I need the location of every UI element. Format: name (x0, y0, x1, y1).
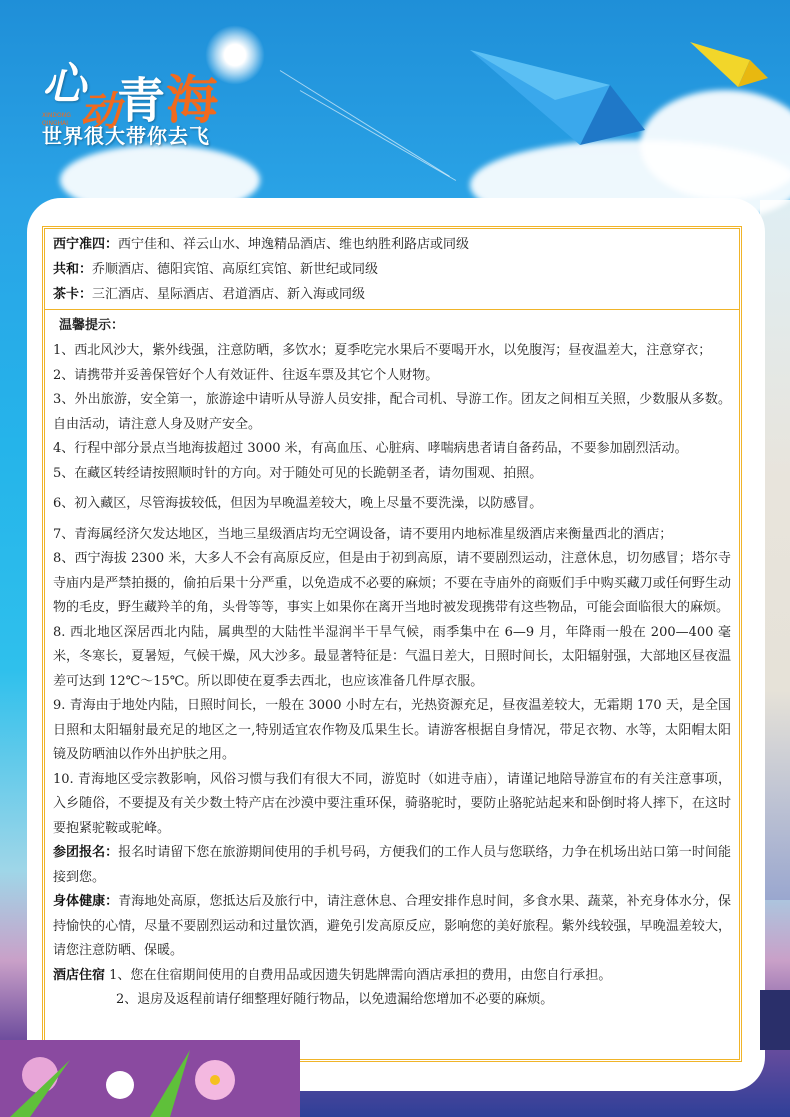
tip-item: 2、请携带并妥善保管好个人有效证件、往返车票及其它个人财物。 (53, 364, 731, 389)
content-card: 西宁准四：西宁佳和、祥云山水、坤逸精品酒店、维也纳胜利路店或同级 共和：乔顺酒店… (27, 198, 765, 1091)
paper-plane-icon (690, 42, 770, 92)
paper-plane-icon (470, 45, 650, 145)
tip-item: 3、外出旅游，安全第一，旅游途中请听从导游人员安排，配合司机、导游工作。团友之间… (53, 388, 731, 437)
tip-item: 5、在藏区转经请按照顺时针的方向。对于随处可见的长跪朝圣者，请勿围观、拍照。 (53, 462, 731, 487)
health-note: 身体健康：青海地处高原，您抵达后及旅行中，请注意休息、合理安排作息时间，多食水果… (53, 890, 731, 964)
tip-item: 7、青海属经济欠发达地区，当地三星级酒店均无空调设备，请不要用内地标准星级酒店来… (53, 523, 731, 548)
tips-section: 温馨提示： 1、西北风沙大，紫外线强，注意防晒，多饮水；夏季吃完水果后不要喝开水… (45, 310, 739, 1013)
tip-item: 6、初入藏区，尽管海拔较低，但因为早晚温差较大，晚上尽量不要洗澡，以防感冒。 (53, 492, 731, 517)
tips-title: 温馨提示： (53, 313, 731, 339)
hotel-stay-note: 酒店住宿 1、您在住宿期间使用的自费用品或因遗失钥匙牌需向酒店承担的费用，由您自… (53, 964, 731, 989)
flowers-decoration (0, 1040, 300, 1117)
slogan: 世界很大带你去飞 (42, 120, 210, 149)
registration-note: 参团报名：报名时请留下您在旅游期间使用的手机号码，方便我们的工作人员与您联络，力… (53, 841, 731, 890)
tip-item: 8、西宁海拔 2300 米，大多人不会有高原反应，但是由于初到高原，请不要剧烈运… (53, 547, 731, 621)
logo: 心 动 青 海 XINDONG QINGHAI 世界很大带你去飞 (42, 20, 242, 150)
hotel-stay-note-2: 2、退房及返程前请仔细整理好随行物品，以免遗漏给您增加不必要的麻烦。 (53, 988, 731, 1013)
hotel-list: 西宁准四：西宁佳和、祥云山水、坤逸精品酒店、维也纳胜利路店或同级 共和：乔顺酒店… (45, 229, 739, 310)
hotel-row: 西宁准四：西宁佳和、祥云山水、坤逸精品酒店、维也纳胜利路店或同级 (53, 232, 731, 257)
light-ray (300, 90, 456, 181)
tip-item: 9. 青海由于地处内陆，日照时间长，一般在 3000 小时左右，光热资源充足，昼… (53, 694, 731, 768)
tip-item: 10. 青海地区受宗教影响，风俗习惯与我们有很大不同，游览时（如进寺庙），请谨记… (53, 768, 731, 842)
tip-item: 8. 西北地区深居西北内陆，属典型的大陆性半湿润半干旱气候，雨季集中在 6—9 … (53, 621, 731, 695)
hotel-row: 共和：乔顺酒店、德阳宾馆、高原红宾馆、新世纪或同级 (53, 257, 731, 282)
tip-item: 4、行程中部分景点当地海拔超过 3000 米，有高血压、心脏病、哮喘病患者请自备… (53, 437, 731, 462)
content-frame: 西宁准四：西宁佳和、祥云山水、坤逸精品酒店、维也纳胜利路店或同级 共和：乔顺酒店… (42, 226, 742, 1062)
city-skyline-decoration (760, 990, 790, 1050)
hotel-row: 茶卡：三汇酒店、星际酒店、君道酒店、新入海或同级 (53, 282, 731, 307)
tip-item: 1、西北风沙大，紫外线强，注意防晒，多饮水；夏季吃完水果后不要喝开水，以免腹泻；… (53, 339, 731, 364)
